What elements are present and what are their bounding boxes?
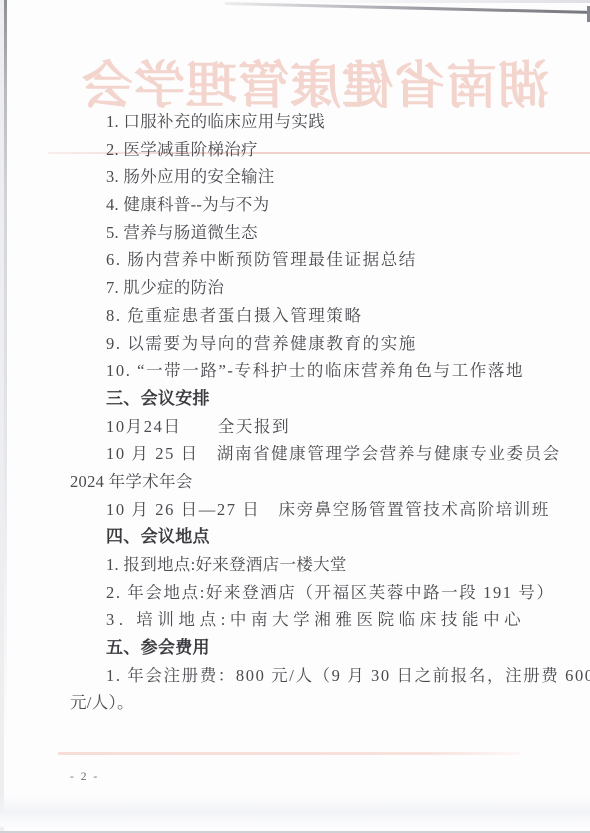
document-line: 3. 肠外应用的安全输注 <box>70 163 538 191</box>
document-line: 10月24日 全天报到 <box>70 413 538 441</box>
document-line: 1. 年会注册费：800 元/人（9 月 30 日之前报名，注册费 600 <box>70 662 538 690</box>
scan-edge-top-sliver <box>300 0 590 3</box>
document-line: 1. 报到地点:好来登酒店一楼大堂 <box>70 551 538 579</box>
document-heading: 三、会议安排 <box>70 385 538 413</box>
document-line: 7. 肌少症的防治 <box>70 274 538 302</box>
document-line: 2024 年学术年会 <box>70 468 538 496</box>
document-line: 4. 健康科普--为与不为 <box>70 191 538 219</box>
document-heading: 五、参会费用 <box>70 634 538 662</box>
document-heading: 四、会议地点 <box>70 523 538 551</box>
document-line: 10 月 25 日 湖南省健康管理学会营养与健康专业委员会 <box>70 440 538 468</box>
document-line: 10. “一带一路”-专科护士的临床营养角色与工作落地 <box>70 357 538 385</box>
document-line: 2. 医学减重阶梯治疗 <box>70 136 538 164</box>
scan-edge-top-line <box>225 2 590 14</box>
document-line: 10 月 26 日—27 日 床旁鼻空肠管置管技术高阶培训班 <box>70 496 538 524</box>
document-line: 3. 培训地点:中南大学湘雅医院临床技能中心 <box>70 606 538 634</box>
document-body: 1. 口服补充的临床应用与实践2. 医学减重阶梯治疗3. 肠外应用的安全输注4.… <box>70 108 538 717</box>
document-line: 5. 营养与肠道微生态 <box>70 219 538 247</box>
document-line: 8. 危重症患者蛋白摄入管理策略 <box>70 302 538 330</box>
document-line: 1. 口服补充的临床应用与实践 <box>70 108 538 136</box>
document-line: 2. 年会地点:好来登酒店（开福区芙蓉中路一段 191 号） <box>70 579 538 607</box>
page-number: - 2 - <box>70 771 99 783</box>
scan-edge-bottom-band <box>0 795 590 827</box>
document-line: 6. 肠内营养中断预防管理最佳证据总结 <box>70 246 538 274</box>
bleedthrough-red-rule-bottom <box>58 752 520 755</box>
document-line: 元/人）。 <box>70 689 538 717</box>
document-line: 9. 以需要为导向的营养健康教育的实施 <box>70 330 538 358</box>
scan-edge-left-line <box>4 0 7 740</box>
